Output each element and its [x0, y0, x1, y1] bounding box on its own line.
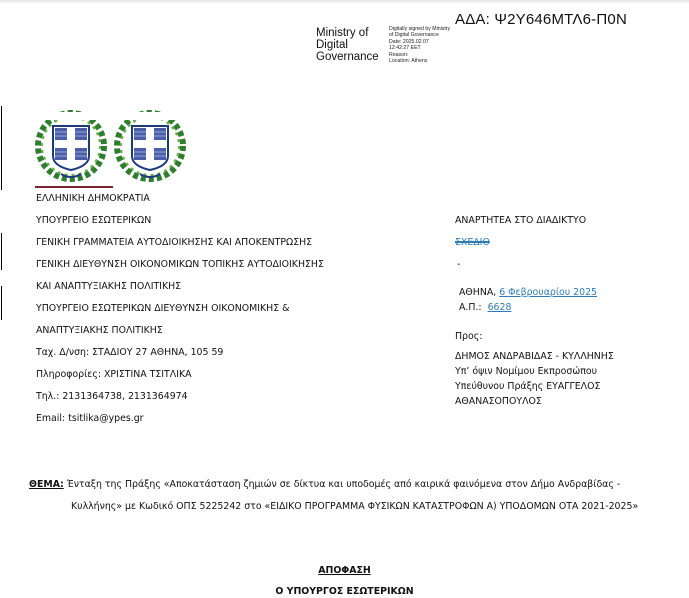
subject-block: ΘΕΜΑ: Ένταξη της Πράξης «Αποκατάσταση ζη… — [29, 474, 661, 517]
signature-name-line: Digital — [316, 39, 379, 51]
publish-note: ΑΝΑΡΤΗΤΕΑ ΣΤΟ ΔΙΑΔΙΚΤΥΟ — [455, 215, 586, 226]
header-left-line: ΑΝΑΠΤΥΞΙΑΚΗΣ ΠΟΛΙΤΙΚΗΣ — [36, 325, 163, 336]
emblem-accent-line — [35, 186, 113, 188]
header-left-line: ΥΠΟΥΡΓΕΙΟ ΕΣΩΤΕΡΙΚΩΝ — [36, 215, 151, 226]
ada-code: ΑΔΑ: Ψ2Υ646ΜΤΛ6-Π0Ν — [455, 11, 627, 28]
dash: - — [457, 259, 460, 270]
recipient-label: Προς: — [455, 331, 482, 342]
subject-continuation: Κυλλήνης» με Κωδικό ΟΠΣ 5225242 στο «ΕΙΔ… — [29, 496, 661, 518]
signature-details: Digitally signed by Ministry of Digital … — [389, 26, 450, 64]
header-left-line: ΓΕΝΙΚΗ ΔΙΕΥΘΥΝΣΗ ΟΙΚΟΝΟΜΙΚΩΝ ΤΟΠΙΚΗΣ ΑΥΤ… — [36, 259, 324, 270]
signature-name-line: Governance — [316, 51, 379, 63]
signature-signer-name: Ministry of Digital Governance — [316, 27, 379, 63]
subject-first-line: ΘΕΜΑ: Ένταξη της Πράξης «Αποκατάσταση ζη… — [29, 474, 661, 496]
header-left-line: ΚΑΙ ΑΝΑΠΤΥΞΙΑΚΗΣ ΠΟΛΙΤΙΚΗΣ — [36, 281, 181, 292]
recipient-line: Υπ’ όψιν Νομίμου Εκπροσώπου — [455, 366, 597, 377]
address-line: Ταχ. Δ/νση: ΣΤΑΔΙΟΥ 27 ΑΘΗΝΑ, 105 59 — [36, 347, 223, 358]
margin-change-bar — [1, 233, 2, 270]
margin-change-bar — [1, 286, 2, 320]
margin-change-bar — [1, 106, 2, 190]
contact-person-line: Πληροφορίες: ΧΡΙΣΤΙΝΑ ΤΣΙΤΛΙΚΑ — [36, 369, 192, 380]
date-line: ΑΘΗΝΑ, 6 Φεβρουαρίου 2025 — [459, 287, 597, 298]
decision-issuer: Ο ΥΠΟΥΡΓΟΣ ΕΣΩΤΕΡΙΚΩΝ — [0, 586, 689, 597]
phone-line: Τηλ.: 2131364738, 2131364974 — [36, 391, 188, 402]
page-top-shadow — [0, 0, 689, 4]
header-left-line: ΕΛΛΗΝΙΚΗ ΔΗΜΟΚΡΑΤΙΑ — [36, 193, 150, 204]
draft-label: ΣΧΕΔΙΟ — [455, 237, 490, 248]
city-label: ΑΘΗΝΑ, — [459, 287, 496, 298]
header-left-line: ΥΠΟΥΡΓΕΙΟ ΕΣΩΤΕΡΙΚΩΝ ΔΙΕΥΘΥΝΣΗ ΟΙΚΟΝΟΜΙΚ… — [36, 303, 289, 314]
email-line: Email: tsitlika@ypes.gr — [36, 413, 144, 424]
signature-detail-line: Location: Athens — [389, 58, 450, 64]
protocol-label: Α.Π.: — [459, 302, 482, 313]
recipient-line: Υπεύθυνου Πράξης ΕΥΑΓΓΕΛΟΣ — [455, 381, 600, 392]
recipient-line: ΑΘΑΝΑΣΟΠΟΥΛΟΣ — [455, 396, 542, 407]
signature-name-line: Ministry of — [316, 27, 379, 39]
decision-title: ΑΠΟΦΑΣΗ — [0, 565, 689, 576]
date-link[interactable]: 6 Φεβρουαρίου 2025 — [499, 287, 597, 298]
subject-label: ΘΕΜΑ: — [29, 479, 64, 490]
protocol-line: Α.Π.: 6628 — [459, 302, 511, 313]
greek-coat-of-arms-icon — [33, 108, 109, 184]
header-left-line: ΓΕΝΙΚΗ ΓΡΑΜΜΑΤΕΙΑ ΑΥΤΟΔΙΟΙΚΗΣΗΣ ΚΑΙ ΑΠΟΚ… — [36, 237, 312, 248]
recipient-line: ΔΗΜΟΣ ΑΝΔΡΑΒΙΔΑΣ - ΚΥΛΛΗΝΗΣ — [455, 351, 614, 362]
greek-coat-of-arms-icon — [112, 108, 188, 184]
subject-text: Ένταξη της Πράξης «Αποκατάσταση ζημιών σ… — [67, 479, 621, 490]
protocol-number-link[interactable]: 6628 — [488, 302, 512, 313]
